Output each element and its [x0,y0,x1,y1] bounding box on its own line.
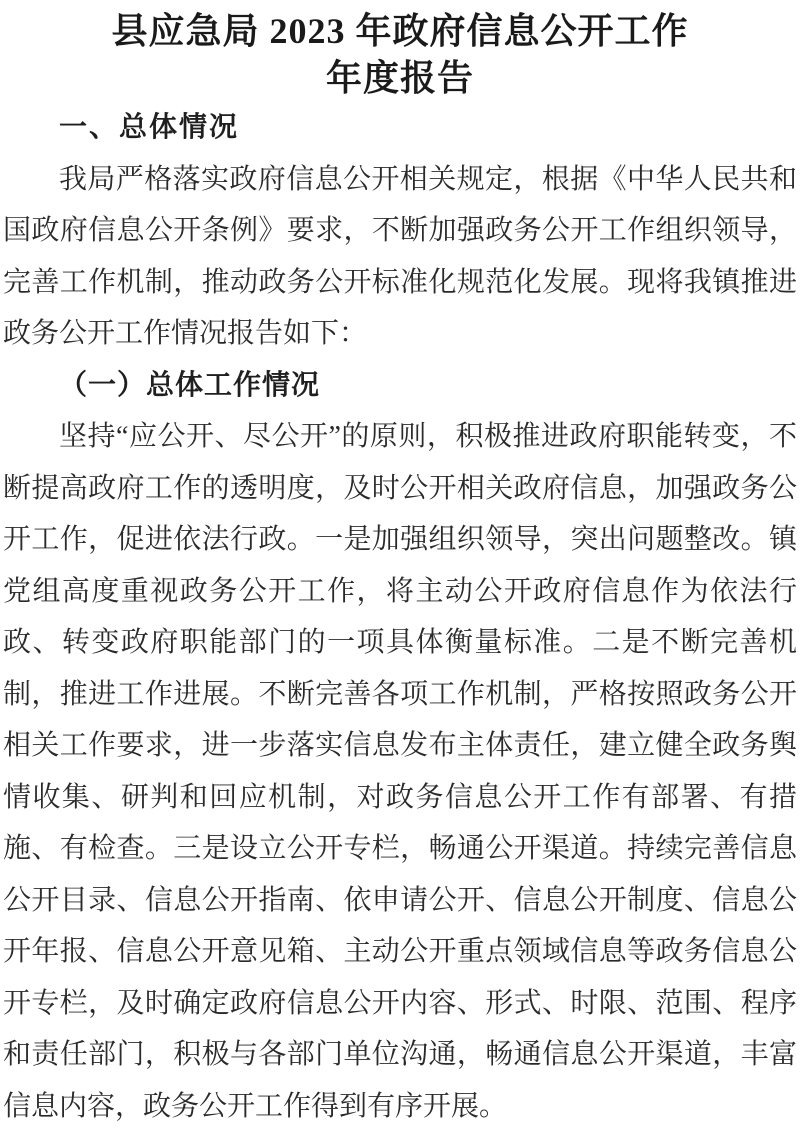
document-title-line-2: 年度报告 [3,55,797,102]
document-title: 县应急局 2023 年政府信息公开工作 年度报告 [3,8,797,102]
subsection-heading-overall-work: （一）总体工作情况 [3,360,797,412]
document-page: 县应急局 2023 年政府信息公开工作 年度报告 一、总体情况 我局严格落实政府… [0,0,800,1131]
paragraph-introduction: 我局严格落实政府信息公开相关规定，根据《中华人民共和国政府信息公开条例》要求，不… [3,154,797,360]
document-title-line-1: 县应急局 2023 年政府信息公开工作 [3,8,797,55]
paragraph-overall-work-details: 坚持“应公开、尽公开”的原则，积极推进政府职能转变，不断提高政府工作的透明度，及… [3,411,797,1131]
section-heading-overall-situation: 一、总体情况 [3,102,797,154]
